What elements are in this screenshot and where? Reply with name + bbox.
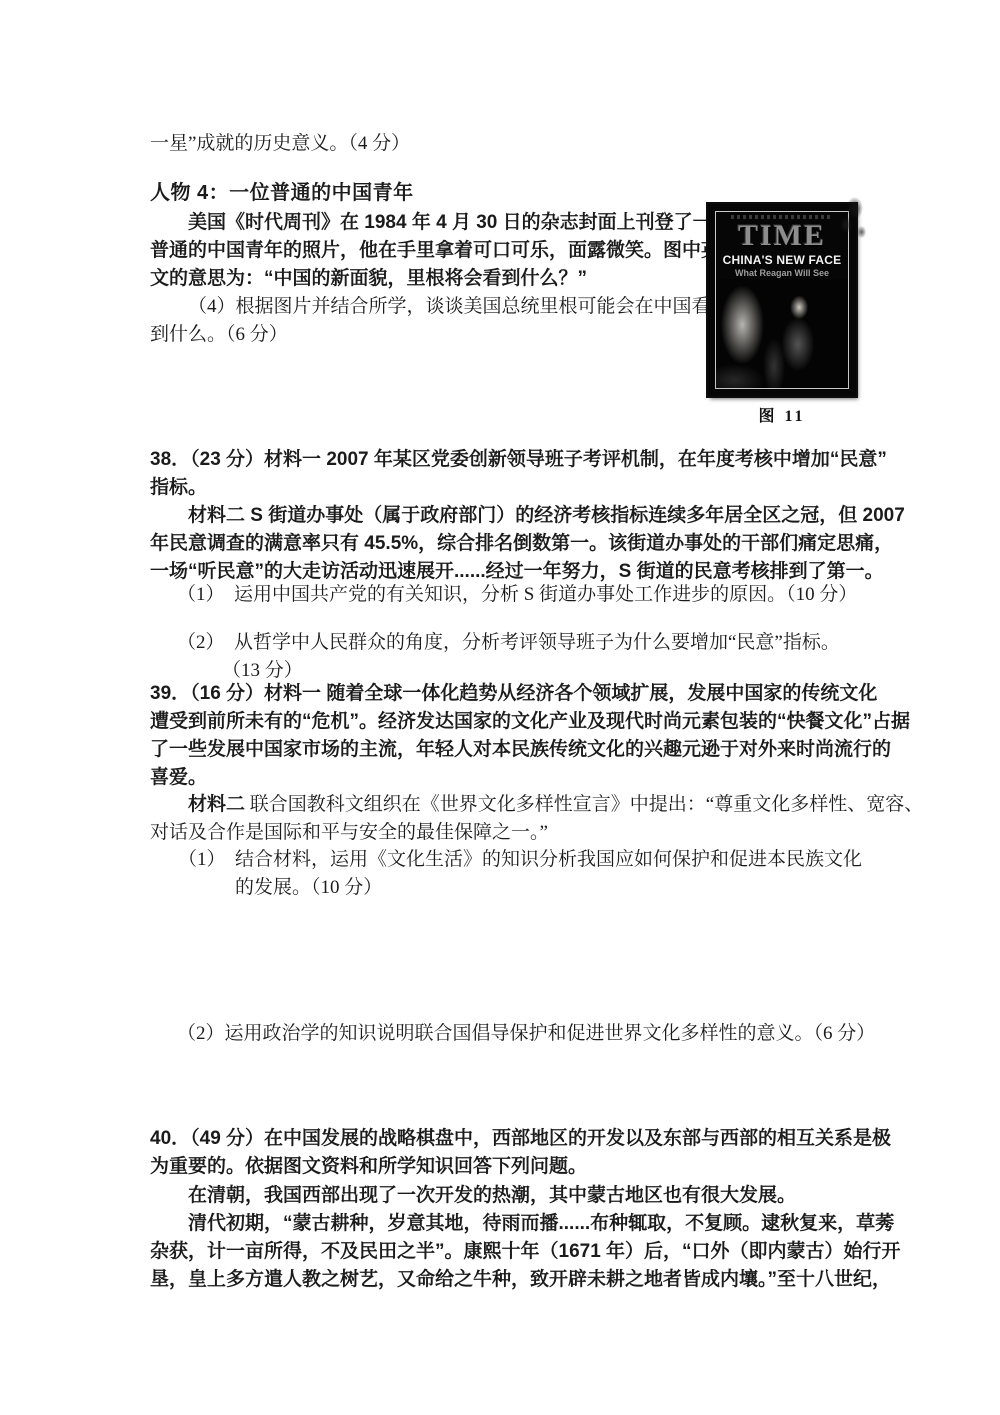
cover-photo bbox=[716, 279, 848, 388]
material1-label: 材料一 bbox=[264, 683, 321, 704]
masthead-noise bbox=[731, 215, 834, 219]
question-39-sub1: （1） 结合材料，运用《文化生活》的知识分析我国应如何保护和促进本民族文化 的发… bbox=[150, 846, 862, 902]
question-38-material1: 38．（23 分）材料一 2007 年某区党委创新领导班子考评机制，在年度考核中… bbox=[150, 446, 887, 502]
figure-11: TIME CHINA'S NEW FACE What Reagan Will S… bbox=[708, 204, 856, 426]
material1-label: 材料一 bbox=[264, 449, 321, 470]
cover-frame: TIME CHINA'S NEW FACE What Reagan Will S… bbox=[715, 211, 849, 389]
person4-paragraph: 美国《时代周刊》在 1984 年 4 月 30 日的杂志封面上刊登了一位 普通的… bbox=[150, 209, 731, 293]
question-39-material2-text: 联合国教科文组织在《世界文化多样性宣言》中提出：“尊重文化多样性、宽容、 对话及… bbox=[150, 794, 923, 843]
question-39-number: 39．（16 分） bbox=[150, 683, 264, 704]
time-logo: TIME bbox=[738, 221, 826, 251]
question-39-material2: 材料二 联合国教科文组织在《世界文化多样性宣言》中提出：“尊重文化多样性、宽容、… bbox=[150, 791, 923, 847]
person4-heading: 人物 4：一位普通的中国青年 bbox=[150, 179, 414, 207]
scan-noise bbox=[836, 196, 870, 244]
question-39-material1: 39．（16 分）材料一 随着全球一体化趋势从经济各个领域扩展，发展中国家的传统… bbox=[150, 680, 910, 792]
material2-label: 材料二 bbox=[188, 505, 245, 526]
question-40-paragraph-qing: 在清朝，我国西部出现了一次开发的热潮，其中蒙古地区也有很大发展。 bbox=[150, 1182, 796, 1210]
question-39-sub2: （2）运用政治学的知识说明联合国倡导保护和促进世界文化多样性的意义。（6 分） bbox=[177, 1020, 875, 1048]
question-38-sub2: （2） 从哲学中人民群众的角度，分析考评领导班子为什么要增加“民意”指标。 （1… bbox=[150, 629, 840, 685]
material2-label: 材料二 bbox=[188, 794, 245, 815]
question-38-number: 38．（23 分） bbox=[150, 449, 264, 470]
cover-subhead: What Reagan Will See bbox=[735, 268, 829, 279]
time-magazine-cover: TIME CHINA'S NEW FACE What Reagan Will S… bbox=[708, 204, 856, 396]
question-40-number: 40．（49 分） bbox=[150, 1128, 264, 1149]
question-40-paragraph-quote: 清代初期，“蒙古耕种，岁意其地，待雨而播......布种辄取，不复顾。逮秋复来，… bbox=[150, 1210, 901, 1294]
question-38-material2-text: S 街道办事处（属于政府部门）的经济考核指标连续多年居全区之冠，但 2007 年… bbox=[150, 505, 905, 582]
question-38-material2: 材料二 S 街道办事处（属于政府部门）的经济考核指标连续多年居全区之冠，但 20… bbox=[150, 502, 905, 586]
question-40-intro: 40．（49 分）在中国发展的战略棋盘中，西部地区的开发以及东部与西部的相互关系… bbox=[150, 1125, 891, 1181]
intro-line: 一星”成就的历史意义。（4 分） bbox=[150, 130, 410, 158]
figure-caption: 图 11 bbox=[708, 403, 856, 426]
cover-headline: CHINA'S NEW FACE bbox=[723, 253, 842, 267]
question-38-sub1: （1） 运用中国共产党的有关知识，分析 S 街道办事处工作进步的原因。（10 分… bbox=[177, 581, 857, 609]
question-4: （4）根据图片并结合所学，谈谈美国总统里根可能会在中国看 到什么。（6 分） bbox=[150, 293, 711, 349]
exam-page: 一星”成就的历史意义。（4 分） 人物 4：一位普通的中国青年 美国《时代周刊》… bbox=[0, 0, 1000, 1415]
